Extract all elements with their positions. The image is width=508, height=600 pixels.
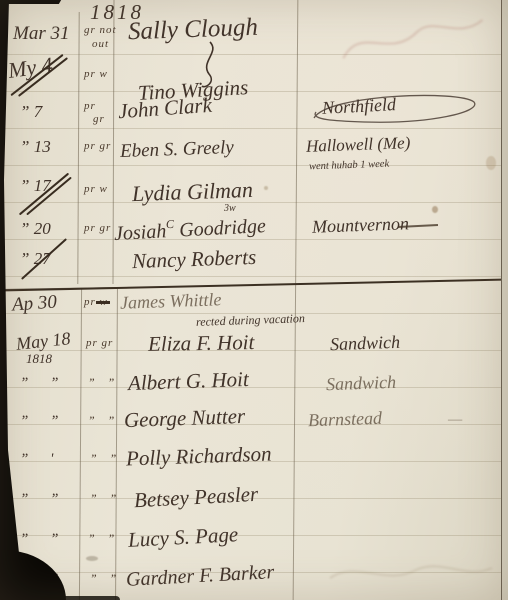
entry-name: Eben S. Greely bbox=[120, 138, 234, 161]
entry-place: Hallowell (Me) bbox=[306, 134, 411, 155]
paper-stain bbox=[486, 156, 496, 170]
entry-place: Sandwich bbox=[326, 373, 397, 393]
entry-name: Sally Clough bbox=[128, 15, 259, 45]
entry-date: Ap 30 bbox=[11, 292, 57, 314]
entry-place: Northfield bbox=[322, 95, 397, 117]
entry-name: Nancy Roberts bbox=[132, 247, 257, 272]
entry-place: Barnstead bbox=[308, 409, 383, 430]
page-edge-top bbox=[0, 0, 61, 4]
bleedthrough-mark bbox=[326, 552, 496, 592]
entry-place: Sandwich bbox=[330, 333, 401, 353]
page-edge-right bbox=[501, 0, 508, 600]
entry-date-year: 1818 bbox=[26, 352, 52, 365]
ledger-page-scan: 1818 Mar 31 gr not out Sally Clough My 4… bbox=[0, 0, 508, 600]
entry-code: ” ” bbox=[88, 376, 116, 388]
entry-code: ” ” bbox=[88, 414, 116, 426]
entry-code: pr w bbox=[84, 184, 108, 195]
inserted-letter: C bbox=[166, 217, 175, 231]
entry-code: gr not bbox=[84, 25, 117, 36]
place-dash: — bbox=[448, 412, 462, 428]
entry-code: ” ” bbox=[90, 492, 118, 504]
entry-code: ” ” bbox=[90, 572, 118, 584]
entry-name: Lucy S. Page bbox=[128, 524, 239, 551]
entry-name-part: Josiah bbox=[114, 220, 167, 245]
entry-name: Albert G. Hoit bbox=[128, 369, 249, 394]
name-note: 3w bbox=[224, 204, 236, 214]
entry-name: Polly Richardson bbox=[126, 443, 272, 469]
entry-name: Lydia Gilman bbox=[132, 179, 254, 205]
entry-name: George Nutter bbox=[124, 406, 246, 431]
paper-stain bbox=[432, 206, 438, 213]
entry-code: gr bbox=[93, 114, 105, 125]
entry-date: ” 7 bbox=[20, 103, 42, 120]
entry-date: ” ” bbox=[20, 376, 60, 391]
entry-date: ” 13 bbox=[20, 138, 51, 155]
entry-date: ” ” bbox=[20, 532, 60, 547]
entry-place: Mountvernon bbox=[312, 214, 410, 235]
entry-date: Mar 31 bbox=[13, 24, 69, 43]
entry-date: ” ” bbox=[20, 492, 60, 507]
entry-name: James Whittle bbox=[120, 290, 222, 312]
entry-code: pr gr bbox=[84, 223, 111, 234]
entry-code: ” ” bbox=[90, 452, 118, 464]
strike-mark bbox=[96, 301, 110, 304]
entry-code: pr w bbox=[84, 69, 108, 80]
entry-date: ” ' bbox=[20, 452, 55, 467]
entry-code: ” ” bbox=[88, 532, 116, 544]
entry-date: ” ” bbox=[20, 414, 60, 429]
entry-code: pr gr bbox=[86, 338, 113, 349]
entry-code: pr gr bbox=[84, 141, 111, 152]
entry-date: ” 20 bbox=[20, 220, 51, 237]
entry-name: Eliza F. Hoit bbox=[148, 332, 255, 355]
page-edge-bottom bbox=[40, 596, 120, 600]
entry-code: pr bbox=[84, 101, 96, 112]
name-note: rected during vacation bbox=[196, 312, 305, 328]
entry-name-part: Goodridge bbox=[179, 215, 267, 242]
entry-code: out bbox=[92, 39, 109, 50]
pencil-smudge bbox=[86, 556, 98, 561]
paper-stain bbox=[264, 186, 268, 190]
